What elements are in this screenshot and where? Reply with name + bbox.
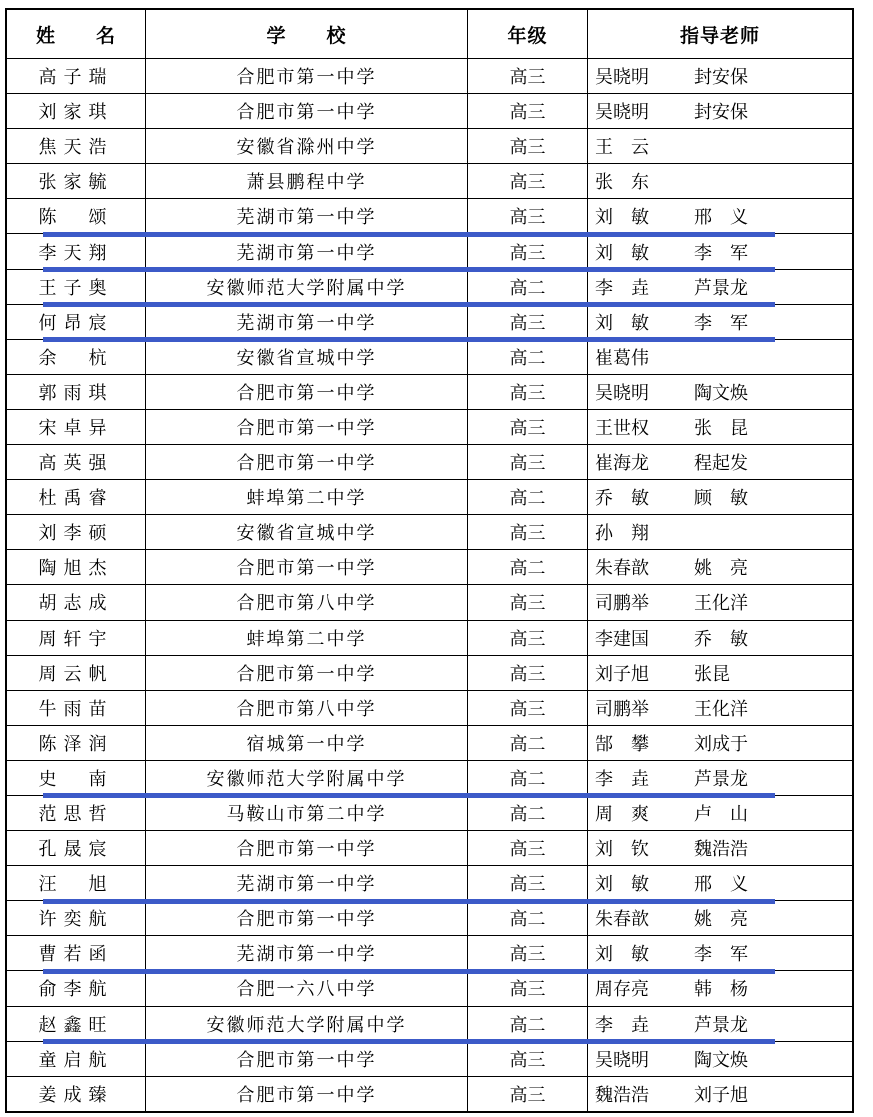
school-cell: 合肥市第一中学	[145, 1077, 467, 1111]
school-cell: 芜湖市第一中学	[145, 305, 467, 339]
teacher-name: 吴晓明	[595, 63, 649, 89]
table-row: 陈泽润 宿城第一中学 高二 郜 攀刘成于	[7, 725, 852, 760]
student-name-cell: 史 南	[7, 761, 145, 795]
header-cell-grade: 年级	[467, 10, 587, 58]
teacher-cell: 刘 敏李 军	[587, 305, 852, 339]
teacher-name: 魏浩浩	[694, 835, 748, 861]
teacher-name: 刘 敏	[595, 870, 649, 896]
table-row: 王子奥 安徽师范大学附属中学 高二 李 垚芦景龙	[7, 269, 852, 304]
teacher-name: 司鹏举	[595, 695, 649, 721]
teacher-name: 朱春歆	[595, 905, 649, 931]
student-name-cell: 汪 旭	[7, 866, 145, 900]
table-body: 高子瑞 合肥市第一中学 高三 吴晓明封安保 刘家琪 合肥市第一中学 高三 吴晓明…	[7, 58, 852, 1111]
teacher-cell: 李 垚芦景龙	[587, 270, 852, 304]
table-row: 杜禹睿 蚌埠第二中学 高二 乔 敏顾 敏	[7, 479, 852, 514]
table-row: 许奕航 合肥市第一中学 高二 朱春歆姚 亮	[7, 900, 852, 935]
school-cell: 蚌埠第二中学	[145, 480, 467, 514]
teacher-name: 乔 敏	[694, 625, 748, 651]
teacher-cell: 司鹏举王化洋	[587, 585, 852, 619]
teacher-name: 邢 义	[694, 870, 748, 896]
grade-cell: 高三	[467, 234, 587, 268]
teacher-name: 王化洋	[694, 695, 748, 721]
table-row: 焦天浩 安徽省滁州中学 高三 王 云	[7, 128, 852, 163]
highlight-underline-icon	[43, 899, 775, 904]
table-row: 姜成臻 合肥市第一中学 高三 魏浩浩刘子旭	[7, 1076, 852, 1111]
table-row: 张家毓 萧县鹏程中学 高三 张 东	[7, 163, 852, 198]
grade-cell: 高三	[467, 585, 587, 619]
grade-cell: 高三	[467, 1077, 587, 1111]
highlight-underline-icon	[43, 793, 775, 798]
student-name-cell: 杜禹睿	[7, 480, 145, 514]
teacher-name: 张 东	[595, 168, 649, 194]
teacher-name: 刘子旭	[694, 1081, 748, 1107]
school-cell: 合肥市第一中学	[145, 375, 467, 409]
student-name-cell: 刘李硕	[7, 515, 145, 549]
student-name-cell: 李天翔	[7, 234, 145, 268]
teacher-name: 刘 敏	[595, 940, 649, 966]
school-cell: 安徽师范大学附属中学	[145, 761, 467, 795]
table-row: 刘家琪 合肥市第一中学 高三 吴晓明封安保	[7, 93, 852, 128]
grade-cell: 高二	[467, 340, 587, 374]
teacher-name: 程起发	[694, 449, 748, 475]
highlight-underline-icon	[43, 232, 775, 237]
student-name-cell: 孔晟宸	[7, 831, 145, 865]
table-row: 范思哲 马鞍山市第二中学 高二 周 爽卢 山	[7, 795, 852, 830]
school-cell: 安徽师范大学附属中学	[145, 270, 467, 304]
student-name-cell: 陈泽润	[7, 726, 145, 760]
teacher-name: 崔海龙	[595, 449, 649, 475]
teacher-name: 姚 亮	[694, 905, 748, 931]
table-row: 陶旭杰 合肥市第一中学 高二 朱春歆姚 亮	[7, 549, 852, 584]
teacher-name: 姚 亮	[694, 554, 748, 580]
highlight-underline-icon	[43, 337, 775, 342]
header-cell-name: 姓 名	[7, 10, 145, 58]
table-row: 童启航 合肥市第一中学 高三 吴晓明陶文焕	[7, 1041, 852, 1076]
teacher-cell: 王 云	[587, 129, 852, 163]
teacher-cell: 吴晓明封安保	[587, 59, 852, 93]
table-row: 胡志成 合肥市第八中学 高三 司鹏举王化洋	[7, 584, 852, 619]
teacher-cell: 朱春歆姚 亮	[587, 901, 852, 935]
school-cell: 安徽省滁州中学	[145, 129, 467, 163]
student-name-cell: 姜成臻	[7, 1077, 145, 1111]
teacher-name: 郜 攀	[595, 730, 649, 756]
student-name-cell: 范思哲	[7, 796, 145, 830]
grade-cell: 高三	[467, 1042, 587, 1076]
school-cell: 合肥市第一中学	[145, 831, 467, 865]
grade-cell: 高三	[467, 621, 587, 655]
teacher-cell: 孙 翔	[587, 515, 852, 549]
student-name-cell: 曹若函	[7, 936, 145, 970]
teacher-name: 韩 杨	[694, 975, 748, 1001]
teacher-cell: 朱春歆姚 亮	[587, 550, 852, 584]
grade-cell: 高三	[467, 375, 587, 409]
teacher-cell: 刘 敏邢 义	[587, 199, 852, 233]
teacher-cell: 李 垚芦景龙	[587, 1007, 852, 1041]
teacher-name: 吴晓明	[595, 98, 649, 124]
teacher-cell: 魏浩浩刘子旭	[587, 1077, 852, 1111]
grade-cell: 高三	[467, 515, 587, 549]
table-row: 史 南 安徽师范大学附属中学 高二 李 垚芦景龙	[7, 760, 852, 795]
table-row: 刘李硕 安徽省宣城中学 高三 孙 翔	[7, 514, 852, 549]
teacher-name: 封安保	[694, 63, 748, 89]
teacher-cell: 吴晓明封安保	[587, 94, 852, 128]
student-name-cell: 宋卓异	[7, 410, 145, 444]
teacher-name: 刘 敏	[595, 239, 649, 265]
grade-cell: 高二	[467, 901, 587, 935]
teacher-name: 魏浩浩	[595, 1081, 649, 1107]
teacher-cell: 王世权张 昆	[587, 410, 852, 444]
teacher-cell: 吴晓明陶文焕	[587, 375, 852, 409]
school-cell: 合肥市第八中学	[145, 585, 467, 619]
document-page: 姓 名 学 校 年级 指导老师 高子瑞 合肥市第一中学 高三 吴晓明封安保 刘家…	[0, 0, 873, 1117]
table-row: 周轩宇 蚌埠第二中学 高三 李建国乔 敏	[7, 620, 852, 655]
school-cell: 马鞍山市第二中学	[145, 796, 467, 830]
teacher-cell: 张 东	[587, 164, 852, 198]
highlight-underline-icon	[43, 969, 775, 974]
teacher-cell: 司鹏举王化洋	[587, 691, 852, 725]
school-cell: 安徽师范大学附属中学	[145, 1007, 467, 1041]
grade-cell: 高二	[467, 761, 587, 795]
teacher-name: 芦景龙	[694, 765, 748, 791]
grade-cell: 高三	[467, 445, 587, 479]
school-cell: 安徽省宣城中学	[145, 340, 467, 374]
teacher-name: 李 军	[694, 309, 748, 335]
school-cell: 芜湖市第一中学	[145, 234, 467, 268]
school-cell: 宿城第一中学	[145, 726, 467, 760]
highlight-underline-icon	[43, 1039, 775, 1044]
header-cell-teacher: 指导老师	[587, 10, 852, 58]
teacher-name: 周 爽	[595, 800, 649, 826]
teacher-name: 李 军	[694, 940, 748, 966]
table-row: 孔晟宸 合肥市第一中学 高三 刘 钦魏浩浩	[7, 830, 852, 865]
teacher-name: 张 昆	[694, 414, 748, 440]
table-row: 周云帆 合肥市第一中学 高三 刘子旭张昆	[7, 655, 852, 690]
teacher-name: 邢 义	[694, 203, 748, 229]
school-cell: 合肥市第一中学	[145, 656, 467, 690]
school-cell: 合肥市第一中学	[145, 550, 467, 584]
teacher-cell: 郜 攀刘成于	[587, 726, 852, 760]
grade-cell: 高二	[467, 480, 587, 514]
teacher-cell: 刘 钦魏浩浩	[587, 831, 852, 865]
school-cell: 合肥市第八中学	[145, 691, 467, 725]
school-cell: 安徽省宣城中学	[145, 515, 467, 549]
table-row: 高子瑞 合肥市第一中学 高三 吴晓明封安保	[7, 58, 852, 93]
grade-cell: 高三	[467, 199, 587, 233]
teacher-cell: 刘 敏邢 义	[587, 866, 852, 900]
student-name-cell: 周轩宇	[7, 621, 145, 655]
teacher-cell: 周 爽卢 山	[587, 796, 852, 830]
student-name-cell: 高英强	[7, 445, 145, 479]
table-row: 俞李航 合肥一六八中学 高三 周存亮韩 杨	[7, 970, 852, 1005]
teacher-cell: 刘 敏李 军	[587, 936, 852, 970]
school-cell: 萧县鹏程中学	[145, 164, 467, 198]
grade-cell: 高三	[467, 410, 587, 444]
teacher-cell: 乔 敏顾 敏	[587, 480, 852, 514]
teacher-name: 李 军	[694, 239, 748, 265]
teacher-name: 卢 山	[694, 800, 748, 826]
student-name-cell: 周云帆	[7, 656, 145, 690]
teacher-cell: 李 垚芦景龙	[587, 761, 852, 795]
grade-cell: 高二	[467, 270, 587, 304]
school-cell: 合肥市第一中学	[145, 410, 467, 444]
teacher-name: 芦景龙	[694, 274, 748, 300]
teacher-name: 李 垚	[595, 1011, 649, 1037]
student-name-cell: 王子奥	[7, 270, 145, 304]
table-row: 汪 旭 芜湖市第一中学 高三 刘 敏邢 义	[7, 865, 852, 900]
student-name-cell: 俞李航	[7, 971, 145, 1005]
table-row: 余 杭 安徽省宣城中学 高二 崔葛伟	[7, 339, 852, 374]
teacher-cell: 李建国乔 敏	[587, 621, 852, 655]
grade-cell: 高三	[467, 691, 587, 725]
student-name-cell: 胡志成	[7, 585, 145, 619]
teacher-name: 王世权	[595, 414, 649, 440]
student-name-cell: 童启航	[7, 1042, 145, 1076]
teacher-name: 刘 钦	[595, 835, 649, 861]
grade-cell: 高三	[467, 866, 587, 900]
grade-cell: 高三	[467, 936, 587, 970]
table-row: 郭雨琪 合肥市第一中学 高三 吴晓明陶文焕	[7, 374, 852, 409]
teacher-name: 陶文焕	[694, 379, 748, 405]
teacher-name: 王 云	[595, 133, 649, 159]
table-row: 赵鑫旺 安徽师范大学附属中学 高二 李 垚芦景龙	[7, 1006, 852, 1041]
grade-cell: 高二	[467, 796, 587, 830]
school-cell: 合肥市第一中学	[145, 59, 467, 93]
school-cell: 合肥市第一中学	[145, 901, 467, 935]
student-name-cell: 余 杭	[7, 340, 145, 374]
student-name-cell: 焦天浩	[7, 129, 145, 163]
student-name-cell: 赵鑫旺	[7, 1007, 145, 1041]
table-row: 牛雨苗 合肥市第八中学 高三 司鹏举王化洋	[7, 690, 852, 725]
student-advisor-table: 姓 名 学 校 年级 指导老师 高子瑞 合肥市第一中学 高三 吴晓明封安保 刘家…	[5, 8, 854, 1113]
student-name-cell: 郭雨琪	[7, 375, 145, 409]
teacher-name: 封安保	[694, 98, 748, 124]
teacher-name: 周存亮	[595, 975, 649, 1001]
teacher-name: 刘 敏	[595, 203, 649, 229]
student-name-cell: 高子瑞	[7, 59, 145, 93]
teacher-name: 刘子旭	[595, 660, 649, 686]
teacher-name: 崔葛伟	[595, 344, 649, 370]
teacher-name: 王化洋	[694, 589, 748, 615]
grade-cell: 高三	[467, 94, 587, 128]
grade-cell: 高三	[467, 971, 587, 1005]
school-cell: 芜湖市第一中学	[145, 936, 467, 970]
teacher-name: 乔 敏	[595, 484, 649, 510]
school-cell: 蚌埠第二中学	[145, 621, 467, 655]
teacher-name: 吴晓明	[595, 1046, 649, 1072]
teacher-name: 顾 敏	[694, 484, 748, 510]
grade-cell: 高二	[467, 550, 587, 584]
student-name-cell: 刘家琪	[7, 94, 145, 128]
grade-cell: 高三	[467, 164, 587, 198]
table-header-row: 姓 名 学 校 年级 指导老师	[7, 10, 852, 58]
teacher-cell: 崔海龙程起发	[587, 445, 852, 479]
teacher-cell: 刘子旭张昆	[587, 656, 852, 690]
school-cell: 合肥市第一中学	[145, 445, 467, 479]
grade-cell: 高二	[467, 726, 587, 760]
grade-cell: 高三	[467, 129, 587, 163]
teacher-name: 朱春歆	[595, 554, 649, 580]
highlight-underline-icon	[43, 267, 775, 272]
teacher-name: 李建国	[595, 625, 649, 651]
teacher-name: 刘 敏	[595, 309, 649, 335]
table-row: 曹若函 芜湖市第一中学 高三 刘 敏李 军	[7, 935, 852, 970]
school-cell: 芜湖市第一中学	[145, 199, 467, 233]
teacher-name: 张昆	[694, 660, 730, 686]
school-cell: 合肥一六八中学	[145, 971, 467, 1005]
teacher-name: 陶文焕	[694, 1046, 748, 1072]
student-name-cell: 何昂宸	[7, 305, 145, 339]
school-cell: 芜湖市第一中学	[145, 866, 467, 900]
school-cell: 合肥市第一中学	[145, 1042, 467, 1076]
student-name-cell: 陈 颂	[7, 199, 145, 233]
grade-cell: 高三	[467, 831, 587, 865]
teacher-cell: 崔葛伟	[587, 340, 852, 374]
teacher-cell: 吴晓明陶文焕	[587, 1042, 852, 1076]
highlight-underline-icon	[43, 302, 775, 307]
teacher-name: 刘成于	[694, 730, 748, 756]
teacher-name: 李 垚	[595, 765, 649, 791]
header-cell-school: 学 校	[145, 10, 467, 58]
student-name-cell: 许奕航	[7, 901, 145, 935]
teacher-name: 李 垚	[595, 274, 649, 300]
table-row: 何昂宸 芜湖市第一中学 高三 刘 敏李 军	[7, 304, 852, 339]
teacher-name: 孙 翔	[595, 519, 649, 545]
teacher-name: 吴晓明	[595, 379, 649, 405]
grade-cell: 高二	[467, 1007, 587, 1041]
student-name-cell: 陶旭杰	[7, 550, 145, 584]
student-name-cell: 牛雨苗	[7, 691, 145, 725]
table-row: 李天翔 芜湖市第一中学 高三 刘 敏李 军	[7, 233, 852, 268]
student-name-cell: 张家毓	[7, 164, 145, 198]
table-row: 陈 颂 芜湖市第一中学 高三 刘 敏邢 义	[7, 198, 852, 233]
grade-cell: 高三	[467, 305, 587, 339]
grade-cell: 高三	[467, 656, 587, 690]
teacher-name: 芦景龙	[694, 1011, 748, 1037]
table-row: 宋卓异 合肥市第一中学 高三 王世权张 昆	[7, 409, 852, 444]
table-row: 高英强 合肥市第一中学 高三 崔海龙程起发	[7, 444, 852, 479]
school-cell: 合肥市第一中学	[145, 94, 467, 128]
teacher-cell: 刘 敏李 军	[587, 234, 852, 268]
teacher-cell: 周存亮韩 杨	[587, 971, 852, 1005]
teacher-name: 司鹏举	[595, 589, 649, 615]
grade-cell: 高三	[467, 59, 587, 93]
